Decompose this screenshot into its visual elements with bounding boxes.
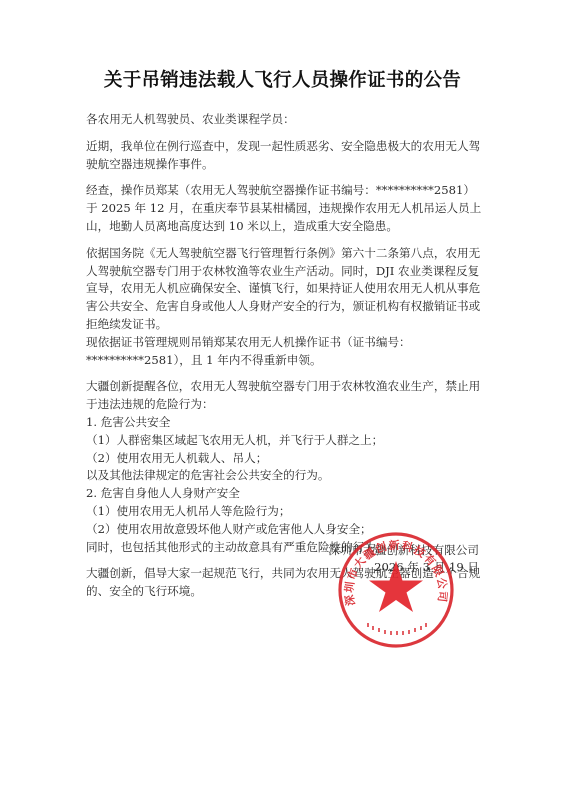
- paragraph-regulation: 依据国务院《无人驾驶航空器飞行管理暂行条例》第六十二条第八点，农用无人驾驶航空器…: [86, 245, 482, 334]
- section-item: （1）人群密集区域起飞农用无人机，并飞行于人群之上；: [86, 432, 482, 450]
- signature-company: 深圳市大疆创新科技有限公司: [328, 542, 479, 559]
- section-item: （2）使用农用故意毁坏他人财产或危害他人人身安全；: [86, 521, 482, 539]
- document-body: 各农用无人机驾驶员、农业类课程学员： 近期，我单位在例行巡查中，发现一起性质恶劣…: [86, 111, 482, 601]
- announcement-page: 关于吊销违法载人飞行人员操作证书的公告 各农用无人机驾驶员、农业类课程学员： 近…: [0, 0, 565, 800]
- signature-block: 深圳市大疆创新科技有限公司 2026 年 3 月 19 日: [328, 542, 479, 576]
- paragraph-investigation: 经查，操作员郑某（农用无人驾驶航空器操作证书编号：**********2581）…: [86, 182, 482, 235]
- section-item: （2）使用农用无人机载人、吊人；: [86, 450, 482, 468]
- signature-date: 2026 年 3 月 19 日: [328, 559, 479, 576]
- section-heading-personal-safety: 2. 危害自身他人人身财产安全: [86, 485, 482, 503]
- paragraph-incident: 近期，我单位在例行巡查中，发现一起性质恶劣、安全隐患极大的农用无人驾驶航空器违规…: [86, 138, 482, 174]
- document-title: 关于吊销违法载人飞行人员操作证书的公告: [0, 66, 565, 92]
- section-item: （1）使用农用无人机吊人等危险行为；: [86, 503, 482, 521]
- paragraph-revocation: 现依据证书管理规则吊销郑某农用无人机操作证书（证书编号：**********25…: [86, 334, 482, 370]
- section-closing: 以及其他法律规定的危害社会公共安全的行为。: [86, 467, 482, 485]
- salutation: 各农用无人机驾驶员、农业类课程学员：: [86, 111, 482, 129]
- reminder-intro: 大疆创新提醒各位，农用无人驾驶航空器专门用于农林牧渔农业生产，禁止用于违法违规的…: [86, 378, 482, 414]
- section-heading-public-safety: 1. 危害公共安全: [86, 414, 482, 432]
